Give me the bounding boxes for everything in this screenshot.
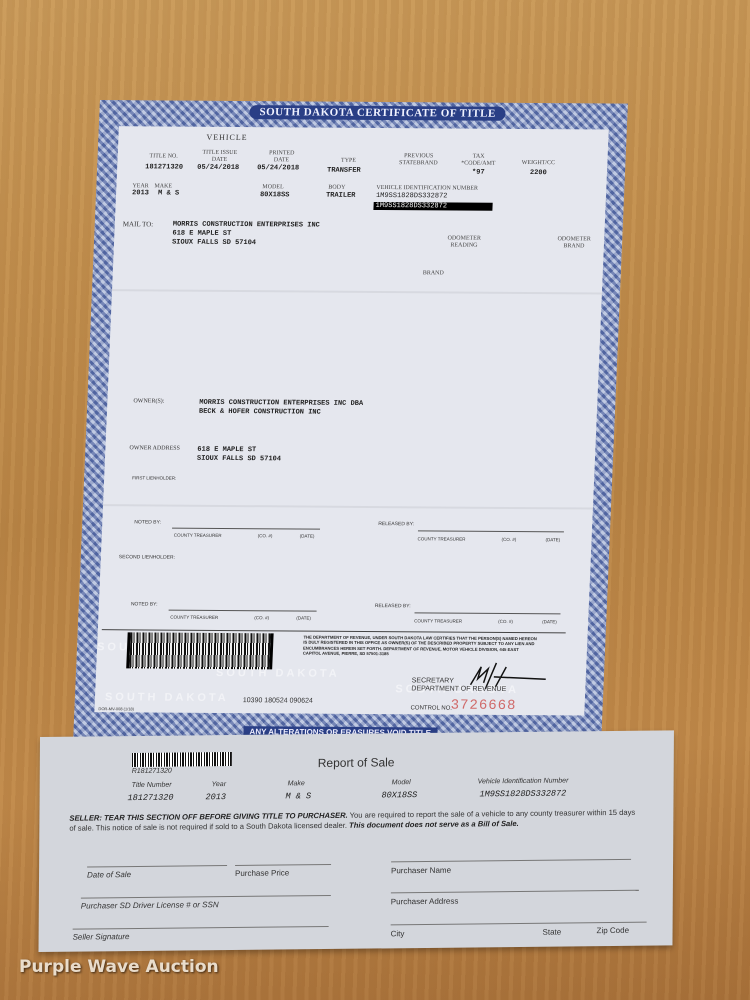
co-no-label: (CO. #): [254, 615, 269, 620]
purchaser-license-line[interactable]: [81, 895, 331, 899]
title-number-label: Title Number: [132, 782, 172, 789]
brand-label: BRAND: [423, 270, 444, 277]
mail-to-line-3: SIOUX FALLS SD 57104: [172, 239, 256, 248]
owner-address-line-2: SIOUX FALLS SD 57104: [197, 455, 281, 464]
type-value: TRANSFER: [327, 167, 361, 175]
model-label: Model: [392, 779, 411, 786]
pdf417-barcode: [126, 632, 273, 669]
owners-label: OWNER(S):: [133, 398, 164, 404]
noted-by-line-1: [172, 528, 320, 530]
mail-to-line-1: MORRIS CONSTRUCTION ENTERPRISES INC: [173, 221, 320, 230]
purple-wave-watermark: Purple Wave Auction: [19, 957, 219, 977]
tax-code-label: TAX *CODE/AMT: [457, 154, 500, 168]
report-of-sale-title: Report of Sale: [318, 755, 395, 770]
purchase-price-line[interactable]: [235, 864, 331, 866]
date-label: (DATE): [542, 619, 557, 624]
fold-line: [112, 289, 602, 294]
zip-code-label: Zip Code: [597, 926, 630, 935]
owner-address-line-1: 618 E MAPLE ST: [197, 446, 256, 454]
certificate-body: VEHICLE TITLE NO. 181271320 TITLE ISSUE …: [94, 126, 608, 715]
report-of-sale-stub: R181271320 Report of Sale Title Number 1…: [38, 730, 673, 952]
noted-by-line-2: [169, 610, 317, 612]
certificate-title: SOUTH DAKOTA CERTIFICATE OF TITLE: [249, 105, 506, 121]
noted-by-label-2: NOTED BY:: [131, 601, 158, 607]
certificate-of-title: SOUTH DAKOTA CERTIFICATE OF TITLE VEHICL…: [73, 100, 628, 744]
county-treasurer-label: COUNTY TREASURER: [170, 615, 218, 620]
county-treasurer-label: COUNTY TREASURER: [414, 618, 462, 623]
control-number: 3726668: [450, 698, 516, 714]
state-label: State: [543, 928, 562, 937]
owner-address-label: OWNER ADDRESS: [129, 445, 180, 451]
model-value: 80X18SS: [260, 191, 290, 199]
year-value: 2013: [206, 792, 226, 802]
purchaser-address-label: Purchaser Address: [391, 897, 459, 907]
make-label: Make: [288, 780, 305, 787]
mail-to-label: MAIL TO:: [123, 220, 154, 228]
printed-date-label: PRINTED DATE: [261, 150, 302, 164]
title-no-value: 181271320: [145, 163, 183, 171]
county-treasurer-label: COUNTY TREASURER: [174, 533, 222, 538]
seller-notice: SELLER: TEAR THIS SECTION OFF BEFORE GIV…: [69, 808, 639, 834]
released-by-label-2: RELEASED BY:: [375, 603, 411, 609]
seller-signature-line[interactable]: [73, 926, 329, 930]
noted-by-label-1: NOTED BY:: [134, 519, 161, 525]
vehicle-section-label: VEHICLE: [206, 133, 248, 142]
purchaser-name-line[interactable]: [391, 859, 631, 863]
co-no-label: (CO. #): [501, 537, 516, 542]
title-number-value: 181271320: [128, 793, 174, 803]
previous-state-brand-label: PREVIOUS STATEBRAND: [393, 153, 444, 167]
vin-value: 1M9SS1828DS332872: [480, 788, 567, 799]
tax-code-value: *97: [472, 169, 485, 177]
purchase-price-label: Purchase Price: [235, 868, 289, 878]
co-no-label: (CO. #): [498, 619, 513, 624]
legal-certification-text: THE DEPARTMENT OF REVENUE, UNDER SOUTH D…: [303, 635, 539, 658]
odometer-brand-label: ODOMETER BRAND: [554, 236, 595, 250]
make-value: M & S: [286, 791, 312, 801]
model-value: 80X18SS: [382, 790, 418, 800]
printed-date-value: 05/24/2018: [257, 164, 299, 172]
city-label: City: [391, 929, 405, 938]
owner-line-1: MORRIS CONSTRUCTION ENTERPRISES INC DBA: [199, 399, 363, 408]
seller-signature-label: Seller Signature: [73, 932, 130, 942]
stub-barcode: [132, 752, 232, 767]
title-issue-date-value: 05/24/2018: [197, 164, 239, 172]
stub-barcode-text: R181271320: [132, 768, 172, 775]
date-of-sale-label: Date of Sale: [87, 870, 131, 879]
purchaser-address-line[interactable]: [391, 890, 639, 894]
body-value: TRAILER: [326, 192, 356, 200]
type-label: TYPE: [333, 158, 363, 165]
date-label: (DATE): [545, 537, 560, 542]
weight-value: 2200: [530, 169, 547, 177]
document-number: 10390 180524 090624: [243, 697, 313, 704]
released-by-line-2: [414, 612, 560, 614]
released-by-line-1: [418, 530, 564, 532]
secretary-label: SECRETARY: [412, 677, 454, 684]
year-label: Year: [212, 781, 226, 788]
department-label: DEPARTMENT OF REVENUE: [411, 685, 506, 693]
owner-line-2: BECK & HOFER CONSTRUCTION INC: [199, 408, 321, 417]
title-issue-date-label: TITLE ISSUE DATE: [197, 150, 242, 164]
second-lienholder-label: SECOND LIENHOLDER:: [119, 554, 175, 560]
first-lienholder-label: FIRST LIENHOLDER:: [132, 475, 176, 480]
city-state-zip-line[interactable]: [391, 922, 647, 926]
odometer-reading-label: ODOMETER READING: [444, 235, 485, 249]
co-no-label: (CO. #): [258, 533, 273, 538]
security-watermark: SOUTH DAKOTA: [105, 691, 229, 704]
vin-label: Vehicle Identification Number: [478, 777, 569, 785]
date-of-sale-line[interactable]: [87, 865, 227, 867]
fold-line: [103, 504, 593, 509]
released-by-label-1: RELEASED BY:: [378, 521, 414, 527]
county-treasurer-label: COUNTY TREASURER: [418, 536, 466, 541]
date-label: (DATE): [300, 534, 315, 539]
form-code: DOR-MV-008 (1/18): [98, 706, 134, 711]
mail-to-line-2: 618 E MAPLE ST: [172, 230, 231, 238]
control-no-label: CONTROL NO.: [410, 705, 452, 711]
year-value: 2013: [132, 189, 149, 197]
date-label: (DATE): [296, 616, 311, 621]
vin-barcode-strip: 1M9SS1828DS332872: [373, 202, 492, 211]
purchaser-license-label: Purchaser SD Driver License # or SSN: [81, 900, 219, 910]
purchaser-name-label: Purchaser Name: [391, 866, 451, 876]
title-no-label: TITLE NO.: [143, 153, 183, 160]
weight-label: WEIGHT/CC: [517, 160, 559, 167]
make-value: M & S: [158, 189, 179, 197]
vin-value: 1M9SS1828DS332872: [376, 192, 448, 200]
seller-notice-tail: This document does not serve as a Bill o…: [349, 819, 519, 830]
